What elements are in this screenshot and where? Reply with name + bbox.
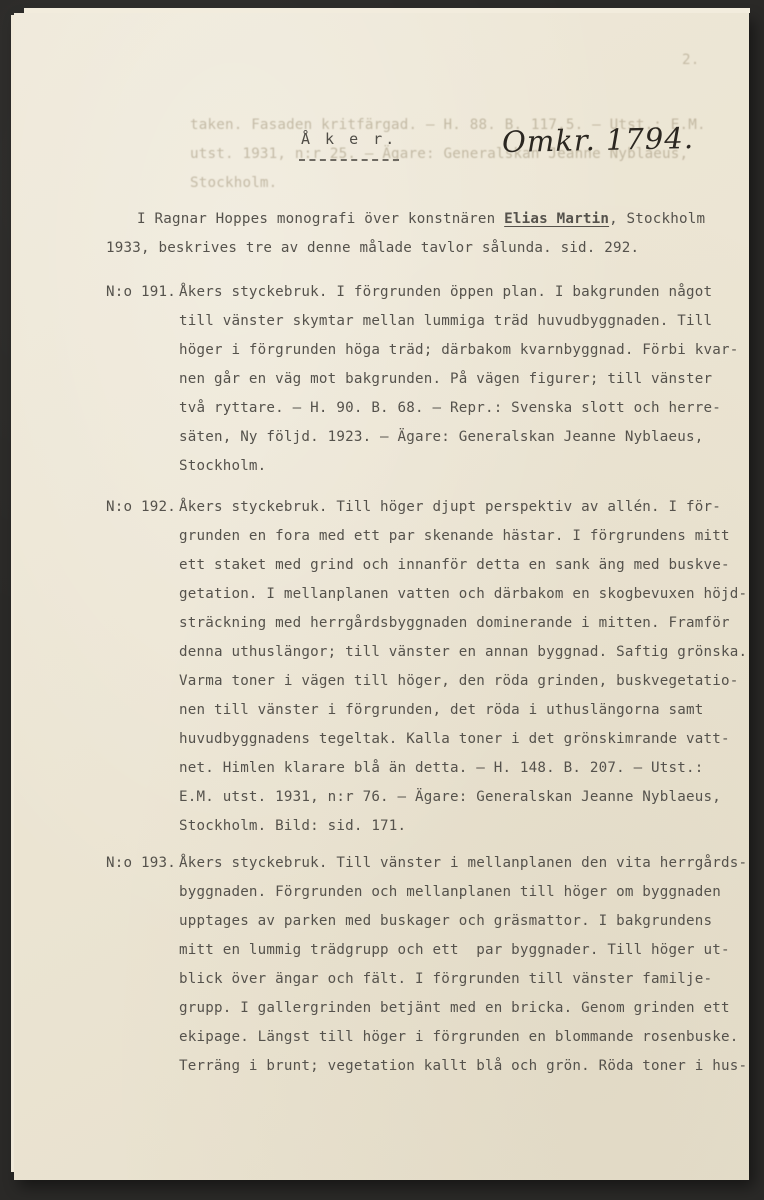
handwritten-date-annotation: Omkr. 1794. <box>502 121 695 159</box>
entry-193-text: Åkers styckebruk. Till vänster i mellanp… <box>179 849 764 1081</box>
text-line: säten, Ny följd. 1923. – Ägare: Generals… <box>179 423 764 452</box>
text-line: blick över ängar och fält. I förgrunden … <box>179 965 764 994</box>
text-line: byggnaden. Förgrunden och mellanplanen t… <box>179 878 764 907</box>
intro-paragraph: I Ragnar Hoppes monografi över konstnäre… <box>106 205 726 263</box>
text-line: sträckning med herrgårdsbyggnaden domine… <box>179 609 764 638</box>
entry-191-number: N:o 191. <box>106 278 176 307</box>
ghost-page-number: 2. <box>682 46 699 75</box>
text-line: Åkers styckebruk. Till vänster i mellanp… <box>179 849 764 878</box>
intro-line-1: I Ragnar Hoppes monografi över konstnäre… <box>106 205 726 234</box>
intro-line-1-pre: I Ragnar Hoppes monografi över konstnäre… <box>137 211 504 227</box>
text-line: nen till vänster i förgrunden, det röda … <box>179 696 764 725</box>
text-line: mitt en lummig trädgrupp och ett par byg… <box>179 936 764 965</box>
entry-192-number: N:o 192. <box>106 493 176 522</box>
text-line: nen går en väg mot bakgrunden. På vägen … <box>179 365 764 394</box>
text-line: Åkers styckebruk. Till höger djupt persp… <box>179 493 764 522</box>
text-line: Terräng i brunt; vegetation kallt blå oc… <box>179 1052 764 1081</box>
page-title: Å k e r. <box>299 125 399 161</box>
entry-192: N:o 192. Åkers styckebruk. Till höger dj… <box>106 493 764 841</box>
entry-192-text: Åkers styckebruk. Till höger djupt persp… <box>179 493 764 841</box>
text-line: Stockholm. <box>179 452 764 481</box>
text-line: Åkers styckebruk. I förgrunden öppen pla… <box>179 278 764 307</box>
text-line: två ryttare. – H. 90. B. 68. – Repr.: Sv… <box>179 394 764 423</box>
text-line: grunden en fora med ett par skenande häs… <box>179 522 764 551</box>
intro-line-1-post: , Stockholm <box>609 211 705 227</box>
text-line: net. Himlen klarare blå än detta. – H. 1… <box>179 754 764 783</box>
entry-193: N:o 193. Åkers styckebruk. Till vänster … <box>106 849 764 1081</box>
text-line: till vänster skymtar mellan lummiga träd… <box>179 307 764 336</box>
text-line: ett staket med grind och innanför detta … <box>179 551 764 580</box>
document-page: 2. taken. Fasaden kritfärgad. – H. 88. B… <box>14 13 749 1180</box>
text-line: Varma toner i vägen till höger, den röda… <box>179 667 764 696</box>
entry-193-number: N:o 193. <box>106 849 176 878</box>
text-line: denna uthuslängor; till vänster en annan… <box>179 638 764 667</box>
text-line: getation. I mellanplanen vatten och därb… <box>179 580 764 609</box>
entry-191: N:o 191. Åkers styckebruk. I förgrunden … <box>106 278 764 481</box>
text-line: höger i förgrunden höga träd; därbakom k… <box>179 336 764 365</box>
text-line: Stockholm. Bild: sid. 171. <box>179 812 764 841</box>
entry-191-text: Åkers styckebruk. I förgrunden öppen pla… <box>179 278 764 481</box>
text-line: grupp. I gallergrinden betjänt med en br… <box>179 994 764 1023</box>
intro-line-2: 1933, beskrives tre av denne målade tavl… <box>106 234 726 263</box>
text-line: E.M. utst. 1931, n:r 76. – Ägare: Genera… <box>179 783 764 812</box>
text-line: upptages av parken med buskager och gräs… <box>179 907 764 936</box>
text-line: Stockholm. <box>190 169 706 198</box>
artist-name: Elias Martin <box>504 211 609 227</box>
text-line: huvudbyggnadens tegeltak. Kalla toner i … <box>179 725 764 754</box>
text-line: ekipage. Längst till höger i förgrunden … <box>179 1023 764 1052</box>
